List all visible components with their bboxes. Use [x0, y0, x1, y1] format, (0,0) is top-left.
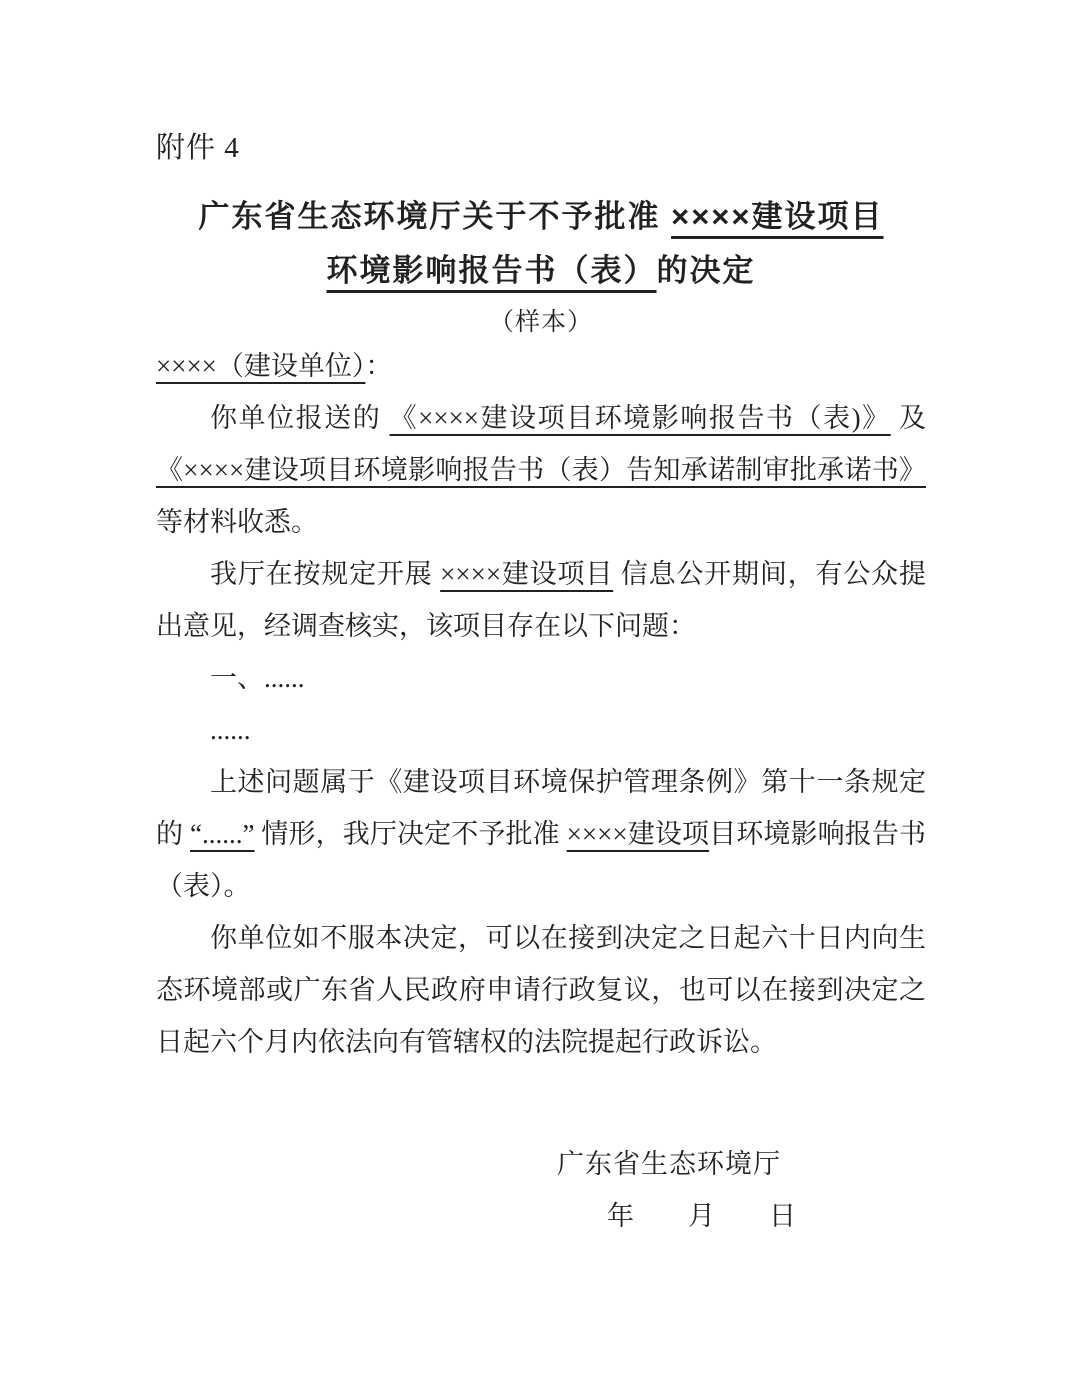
underlined-segment: 环境影响报告书（表）: [327, 253, 657, 288]
attachment-label: 附件 4: [156, 130, 926, 166]
paragraph: ......: [156, 704, 926, 756]
paragraph: 我厅在按规定开展 ××××建设项目 信息公开期间，有公众提出意见，经调查核实，该…: [156, 548, 926, 652]
document-body: ××××（建设单位）：你单位报送的 《××××建设项目环境影响报告书（表)》 及…: [156, 340, 926, 1068]
document-title: 广东省生态环境厅关于不予批准 ××××建设项目环境影响报告书（表）的决定: [156, 190, 926, 298]
title-line: 广东省生态环境厅关于不予批准 ××××建设项目: [156, 190, 926, 244]
text-segment: ：: [365, 351, 392, 381]
sample-label: （样本）: [156, 306, 926, 340]
document-page: 附件 4 广东省生态环境厅关于不予批准 ××××建设项目环境影响报告书（表）的决…: [0, 0, 1080, 1397]
text-segment: 及: [891, 403, 926, 433]
text-segment: 情形，我厅决定不予批准: [254, 819, 566, 849]
signature-agency: 广东省生态环境厅: [156, 1138, 926, 1190]
underlined-segment: ××××建设项目: [671, 199, 883, 234]
text-segment: 的决定: [657, 253, 756, 288]
text-segment: ......: [210, 715, 251, 745]
underlined-segment: 《××××建设项目环境影响报告书（表)》: [390, 403, 891, 433]
paragraph: 上述问题属于《建设项目环境保护管理条例》第十一条规定的 “......” 情形，…: [156, 756, 926, 912]
text-segment: 你单位报送的: [210, 403, 390, 433]
document-content: 附件 4 广东省生态环境厅关于不予批准 ××××建设项目环境影响报告书（表）的决…: [156, 130, 926, 1242]
paragraph: 你单位报送的 《××××建设项目环境影响报告书（表)》 及 《××××建设项目环…: [156, 392, 926, 548]
text-segment: 等材料收悉。: [156, 507, 318, 537]
underlined-segment: ××××建设项目: [440, 559, 613, 589]
text-segment: 我厅在按规定开展: [210, 559, 440, 589]
underlined-segment: “......”: [190, 819, 254, 849]
paragraph: ××××（建设单位）：: [156, 340, 926, 392]
title-line: 环境影响报告书（表）的决定: [156, 244, 926, 298]
paragraph: 你单位如不服本决定，可以在接到决定之日起六十日内向生态环境部或广东省人民政府申请…: [156, 912, 926, 1068]
signature-date: 年 月 日: [156, 1190, 926, 1242]
text-segment: 一、......: [210, 663, 305, 693]
signature-block: 广东省生态环境厅 年 月 日: [156, 1138, 926, 1242]
text-segment: 广东省生态环境厅关于不予批准: [198, 199, 671, 234]
text-segment: 你单位如不服本决定，可以在接到决定之日起六十日内向生态环境部或广东省人民政府申请…: [156, 923, 926, 1057]
underlined-segment: ××××建设项: [567, 819, 709, 849]
paragraph: 一、......: [156, 652, 926, 704]
underlined-segment: 《××××建设项目环境影响报告书（表）告知承诺制审批承诺书》: [156, 455, 926, 485]
underlined-segment: ××××（建设单位）: [156, 351, 365, 381]
